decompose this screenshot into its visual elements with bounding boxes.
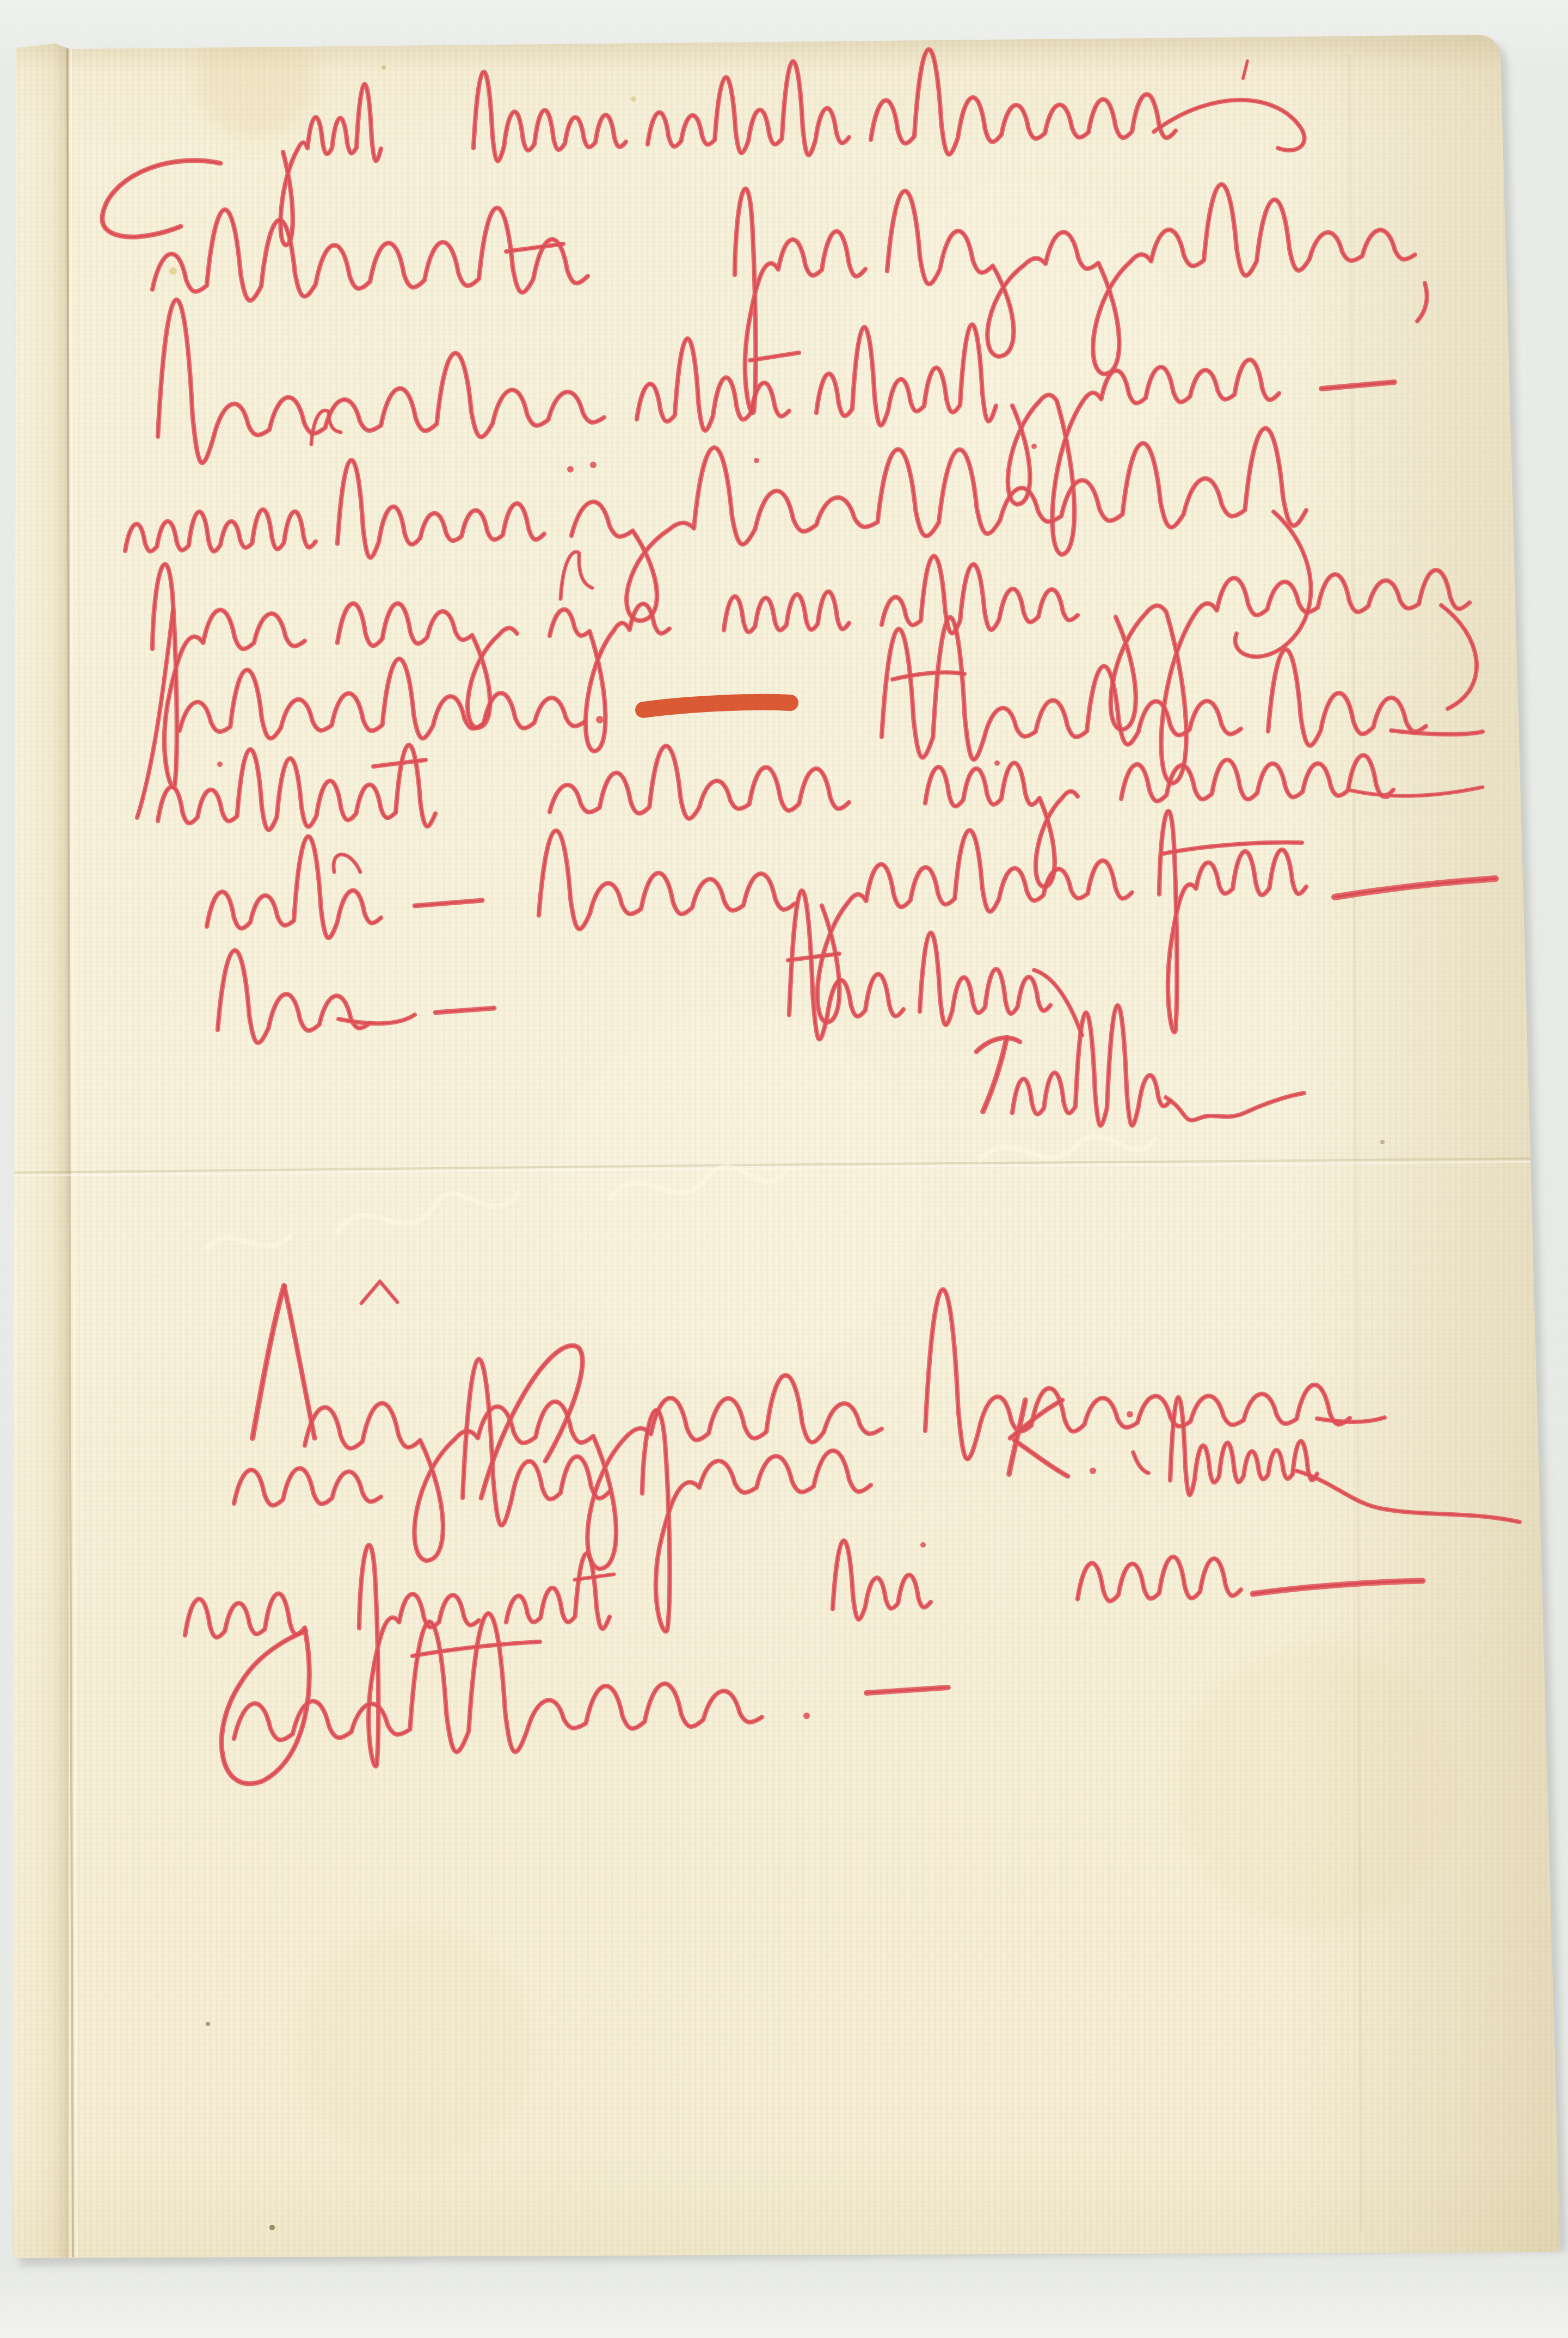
fold-page-strip (10, 33, 69, 2265)
letter-scan (0, 0, 1568, 2338)
scan-viewport: gid den vilde skrive akkurat for begynde… (0, 0, 1568, 2338)
